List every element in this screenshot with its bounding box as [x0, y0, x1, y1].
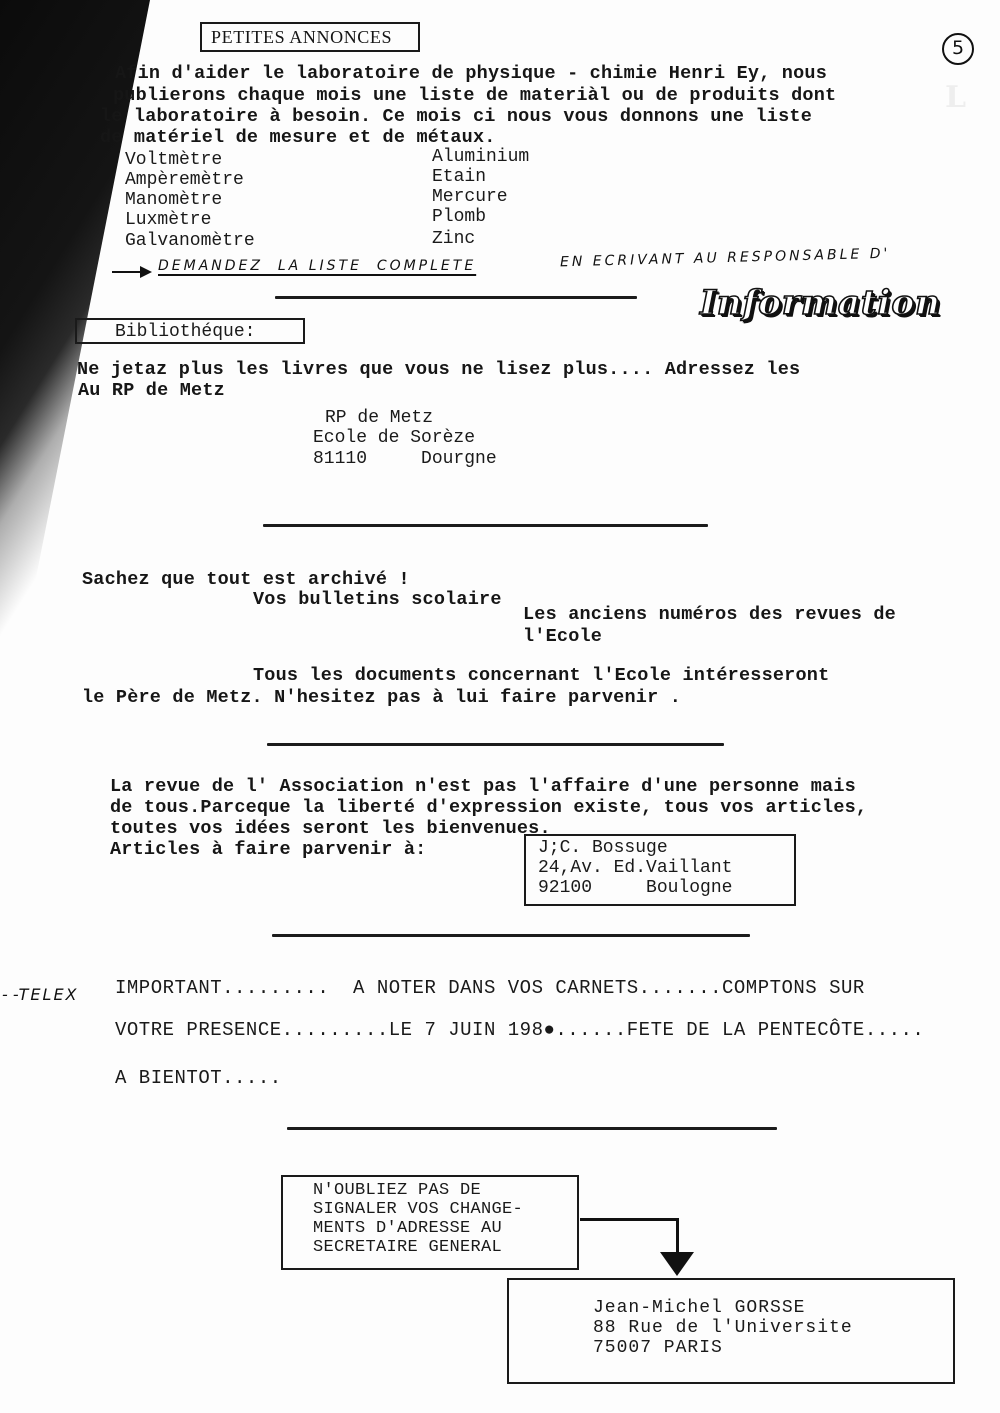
section-title-petites-annonces: PETITES ANNONCES: [211, 27, 392, 48]
notice-line: SECRETAIRE GENERAL: [313, 1238, 502, 1257]
address-line: RP de Metz: [325, 408, 433, 428]
list-item: Plomb: [432, 207, 486, 227]
revue-text: La revue de l' Association n'est pas l'a…: [110, 776, 856, 797]
intro-line: le laboratoire à besoin. Ce mois ci nous…: [100, 106, 812, 127]
bibliotheque-header-box: Bibliothéque:: [75, 318, 305, 344]
petites-annonces-header-box: PETITES ANNONCES: [200, 22, 420, 52]
archives-text: le Père de Metz. N'hesitez pas à lui fai…: [82, 687, 681, 708]
notice-line: N'OUBLIEZ PAS DE: [313, 1181, 481, 1200]
address-line: 92100 Boulogne: [538, 878, 732, 898]
section-divider: [263, 524, 708, 527]
revue-text: toutes vos idées seront les bienvenues.: [110, 818, 551, 839]
bibliotheque-text: Ne jetaz plus les livres que vous ne lis…: [77, 359, 800, 380]
secretary-address-box: Jean-Michel GORSSE 88 Rue de l'Universit…: [507, 1278, 955, 1384]
connector-line: [580, 1218, 678, 1221]
telex-line: VOTRE PRESENCE.........LE 7 JUIN 198●...…: [115, 1020, 924, 1040]
arrow-down-icon: [660, 1252, 694, 1276]
list-item: Manomètre: [125, 190, 222, 210]
notice-line: SIGNALER VOS CHANGE-: [313, 1200, 523, 1219]
address-line: 24,Av. Ed.Vaillant: [538, 858, 732, 878]
revue-send-label: Articles à faire parvenir à:: [110, 839, 426, 860]
intro-line: de matériel de mesure et de métaux.: [100, 127, 496, 148]
page-number: 5: [942, 33, 974, 65]
list-item: Voltmètre: [125, 150, 222, 170]
address-line: Jean-Michel GORSSE: [593, 1298, 805, 1318]
list-item: Etain: [432, 167, 486, 187]
list-item: Mercure: [432, 187, 508, 207]
section-divider: [275, 296, 637, 299]
handwritten-note-contact: EN ECRIVANT AU RESPONSABLE D': [560, 246, 891, 271]
section-divider: [267, 743, 724, 746]
address-change-notice-box: N'OUBLIEZ PAS DE SIGNALER VOS CHANGE- ME…: [281, 1175, 579, 1270]
revue-text: de tous.Parceque la liberté d'expression…: [110, 797, 867, 818]
list-item: Zinc: [432, 229, 475, 249]
archives-text: l'Ecole: [523, 626, 602, 647]
intro-line: publierons chaque mois une liste de mate…: [113, 85, 836, 106]
archives-text: Vos bulletins scolaire: [253, 589, 502, 610]
address-line: Ecole de Sorèze: [313, 428, 475, 448]
list-item: Galvanomètre: [125, 231, 255, 251]
section-divider: [287, 1127, 777, 1130]
address-line: 88 Rue de l'Universite: [593, 1318, 853, 1338]
intro-line: Afin d'aider le laboratoire de physique …: [115, 63, 827, 84]
address-line: 81110 Dourgne: [313, 449, 497, 469]
telex-line: IMPORTANT......... A NOTER DANS VOS CARN…: [115, 978, 865, 998]
arrow-head-icon: [140, 266, 152, 278]
bleed-through-text: L: [945, 80, 966, 115]
list-item: Aluminium: [432, 147, 529, 167]
section-title-bibliotheque: Bibliothéque:: [115, 322, 255, 342]
section-divider: [272, 934, 750, 937]
notice-line: MENTS D'ADRESSE AU: [313, 1219, 502, 1238]
handwritten-note-request: DEMANDEZ LA LISTE COMPLETE: [158, 258, 476, 274]
handwritten-telex-label: - -TELEX: [2, 985, 79, 1004]
arrow-right-icon: [112, 271, 142, 273]
revue-address-box: J;C. Bossuge 24,Av. Ed.Vaillant 92100 Bo…: [524, 834, 796, 906]
bibliotheque-text: Au RP de Metz: [78, 380, 225, 401]
telex-line: A BIENTOT.....: [115, 1068, 282, 1088]
archives-text: Tous les documents concernant l'Ecole in…: [253, 665, 829, 686]
archives-text: Sachez que tout est archivé !: [82, 569, 410, 590]
archives-text: Les anciens numéros des revues de: [523, 604, 896, 625]
list-item: Luxmètre: [125, 210, 211, 230]
address-line: 75007 PARIS: [593, 1338, 723, 1358]
telex-label: TELEX: [19, 985, 79, 1004]
list-item: Ampèremètre: [125, 170, 244, 190]
information-logo: Information: [700, 283, 941, 323]
address-line: J;C. Bossuge: [538, 838, 668, 858]
